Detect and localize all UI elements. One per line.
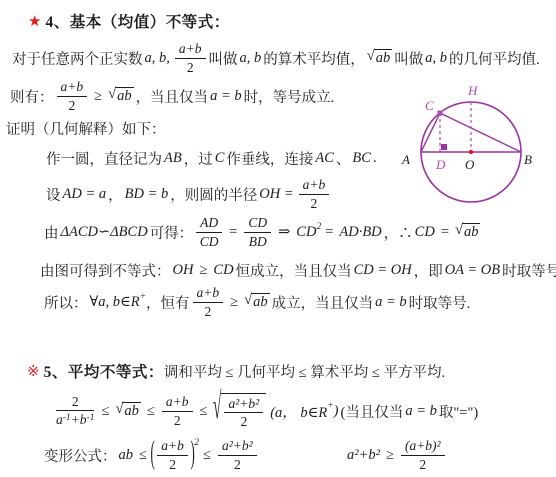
fraction: CDBD xyxy=(244,215,271,248)
sqrt-radical: √ab xyxy=(115,402,140,420)
label-D: D xyxy=(435,157,446,172)
denominator: 2 xyxy=(224,413,263,429)
radicand: a²+b²2 xyxy=(221,393,266,429)
transformed-formula-2: a²+b² ≥ (a+b)²2 xyxy=(345,434,448,476)
text-run: 取"=") xyxy=(439,401,478,422)
text-run: 时取等号. xyxy=(502,260,556,281)
text-run: ，则圆的半径 xyxy=(170,184,257,205)
star-icon: ★ xyxy=(28,12,41,31)
radical-sign-icon: √ xyxy=(213,390,222,427)
leq-operator: ≤ xyxy=(196,403,212,420)
text-run: 证明（几何解释）如下： xyxy=(6,118,166,139)
sqrt-radical: √ab xyxy=(244,293,269,311)
fraction: 2a-1+b-1 xyxy=(56,394,94,428)
text-run: 作垂线，连接 xyxy=(226,148,313,169)
fraction: (a+b)²2 xyxy=(401,438,445,471)
numerator: a+b xyxy=(57,79,88,96)
math-var: C xyxy=(213,150,227,167)
proof-heading: 证明（几何解释）如下： xyxy=(6,116,166,140)
math-var: AD·BD xyxy=(337,224,383,241)
geq-operator: ≥ xyxy=(382,447,398,464)
math-var: a, b xyxy=(423,50,449,67)
math-var: a = b xyxy=(403,403,439,420)
section4-title: ★ 4、基本（均值）不等式： xyxy=(28,8,230,34)
text-run: ，当且仅当 xyxy=(136,86,209,107)
implies-operator: ⇒ xyxy=(274,224,294,241)
label-A: A xyxy=(401,152,410,167)
numerator: a+b xyxy=(299,177,330,194)
text-run: 作一圆，直径记为 xyxy=(46,148,162,169)
math-var: AC xyxy=(313,150,336,167)
math-var: a, b, xyxy=(143,50,172,67)
math-notes-page: ★ 4、基本（均值）不等式： 对于任意两个正实数 a, b, a+b2 叫做 a… xyxy=(0,0,556,477)
fraction: a+b2 xyxy=(57,79,88,112)
numerator: CD xyxy=(244,215,271,232)
transformed-formula-1: 变形公式： ab ≤ ( a+b2 ) 2 ≤ a²+b²2 xyxy=(44,434,260,476)
proof-step-2: 设 AD = a ， BD = b ，则圆的半径 OH = a+b2 xyxy=(46,174,332,214)
text-run: ，∴ xyxy=(384,222,413,243)
denominator: 2 xyxy=(299,195,330,211)
text-run: 则有： xyxy=(10,86,54,107)
leq-operator: ≤ xyxy=(199,447,215,464)
main-inequality-line: 则有： a+b2 ≥ √ab ，当且仅当 a = b 时，等号成立. xyxy=(10,78,334,114)
label-H: H xyxy=(467,83,478,98)
section5-title-text: 5、平均不等式： xyxy=(44,360,164,382)
math-var: +b xyxy=(71,412,87,427)
superscript: 2 xyxy=(194,438,199,448)
label-O: O xyxy=(465,157,475,172)
math-var: CD xyxy=(211,262,235,279)
segment-AC xyxy=(421,113,440,152)
math-var: OA = OB xyxy=(443,262,502,279)
text-run: 可得： xyxy=(150,222,194,243)
text-run: 变形公式： xyxy=(44,445,117,466)
close-paren: ) xyxy=(334,403,341,420)
fraction: a+b2 xyxy=(162,394,193,427)
right-angle-marker xyxy=(441,144,447,150)
definition-line: 对于任意两个正实数 a, b, a+b2 叫做 a, b 的算术平均值， √ab… xyxy=(12,38,540,78)
text-run: 叫做 xyxy=(209,48,238,69)
math-var: AD = a xyxy=(61,186,109,203)
math-var: CD xyxy=(413,224,437,241)
proof-step-3: 由 ΔACD∽ΔBCD 可得： ADCD = CDBD ⇒ CD2 = AD·B… xyxy=(44,212,482,252)
fraction: a²+b²2 xyxy=(224,396,263,429)
mean-inequality-chain: 2a-1+b-1 ≤ √ab ≤ a+b2 ≤ √a²+b²2 (a， b∈R+… xyxy=(53,388,478,434)
denominator: 2 xyxy=(175,59,206,75)
equals-operator: = xyxy=(437,224,453,241)
numerator: a²+b² xyxy=(218,438,257,455)
text-run: ， xyxy=(108,184,123,205)
numerator: (a+b)² xyxy=(401,438,445,455)
mean-chain-text: 调和平均 ≤ 几何平均 ≤ 算术平均 ≤ 平方平均. xyxy=(164,361,445,382)
text-run: ，过 xyxy=(184,148,213,169)
denominator: 2 xyxy=(162,412,193,428)
proof-step-4: 由图可得到不等式： OH ≥ CD 恒成立，当且仅当 CD = OH ，即 OA… xyxy=(40,258,556,282)
numerator: AD xyxy=(196,215,222,232)
denominator: 2 xyxy=(193,303,224,319)
fraction: a+b2 xyxy=(175,41,206,74)
text-run: 由 xyxy=(44,222,59,243)
denominator: 2 xyxy=(218,456,257,472)
label-C: C xyxy=(425,98,434,113)
math-var: a, b xyxy=(238,50,264,67)
circle-diagram: A B C D O H xyxy=(398,76,556,216)
text-run: (当且仅当 xyxy=(341,401,404,422)
math-var: AB xyxy=(162,150,184,167)
text-run: ，即 xyxy=(414,260,443,281)
sqrt-radical: √ab xyxy=(108,87,133,105)
math-var: BD = b xyxy=(123,186,171,203)
denominator: 2 xyxy=(57,97,88,113)
radicand: ab xyxy=(115,87,134,105)
math-var: BC xyxy=(350,150,373,167)
fraction: ADCD xyxy=(196,215,222,248)
leq-operator: ≤ xyxy=(143,403,159,420)
numerator: 2 xyxy=(56,394,94,411)
proof-step-1: 作一圆，直径记为 AB ，过 C 作垂线，连接 AC 、 BC . xyxy=(46,146,377,170)
superscript: -1 xyxy=(87,413,95,423)
math-var: a xyxy=(56,412,63,427)
math-var: ab xyxy=(117,447,136,464)
denominator: 2 xyxy=(157,456,188,472)
denominator: CD xyxy=(196,233,222,249)
geq-operator: ≥ xyxy=(195,262,211,279)
denominator: BD xyxy=(244,233,271,249)
math-var: CD = OH xyxy=(352,262,414,279)
leq-operator: ≤ xyxy=(135,447,151,464)
text-run: ，恒有 xyxy=(146,292,190,313)
fraction: a+b2 xyxy=(157,438,188,471)
math-var: ∀a, b∈R xyxy=(88,294,140,311)
text-run: 恒成立，当且仅当 xyxy=(236,260,352,281)
reference-mark-icon: ※ xyxy=(27,362,40,381)
superscript: -1 xyxy=(63,413,71,423)
numerator: a+b xyxy=(162,394,193,411)
text-run: 的几何平均值. xyxy=(449,48,540,69)
denominator: a-1+b-1 xyxy=(56,411,94,428)
text-run: . xyxy=(373,150,377,167)
geq-operator: ≥ xyxy=(90,88,106,105)
math-var: OH = xyxy=(257,186,295,203)
text-run: 、 xyxy=(336,148,351,169)
geq-operator: ≥ xyxy=(226,294,242,311)
similar-triangles: ΔACD∽ΔBCD xyxy=(59,224,150,241)
fraction: a+b2 xyxy=(193,285,224,318)
radicand: ab xyxy=(374,49,393,67)
text-run: 时，等号成立. xyxy=(244,86,335,107)
numerator: a²+b² xyxy=(224,396,263,413)
math-var: OH xyxy=(171,262,196,279)
superscript: 2 xyxy=(316,222,321,232)
math-var: a²+b² xyxy=(345,447,382,464)
text-run: 对于任意两个正实数 xyxy=(12,48,143,69)
sqrt-radical-big: √a²+b²2 xyxy=(213,393,266,429)
sqrt-radical: √ab xyxy=(367,49,392,67)
point-C-marker xyxy=(438,111,443,116)
center-point-O xyxy=(469,150,473,154)
open-paren-big: ( xyxy=(151,439,155,472)
superscript: + xyxy=(327,401,333,411)
text-run: 叫做 xyxy=(394,48,423,69)
sqrt-radical: √ab xyxy=(455,223,480,241)
numerator: a+b xyxy=(157,438,188,455)
text-run: 由图可得到不等式： xyxy=(40,260,171,281)
section4-title-text: 4、基本（均值）不等式： xyxy=(45,10,229,32)
denominator: 2 xyxy=(401,456,445,472)
fraction: a²+b²2 xyxy=(218,438,257,471)
radicand: ab xyxy=(462,223,481,241)
text-run: 设 xyxy=(46,184,61,205)
text-run: 成立，当且仅当 xyxy=(272,292,374,313)
section5-title: ※ 5、平均不等式： 调和平均 ≤ 几何平均 ≤ 算术平均 ≤ 平方平均. xyxy=(27,358,445,384)
radicand: ab xyxy=(251,293,270,311)
numerator: a+b xyxy=(175,41,206,58)
equals-operator: = xyxy=(225,224,241,241)
label-B: B xyxy=(524,152,532,167)
superscript: + xyxy=(140,292,146,302)
math-var: a = b xyxy=(373,294,409,311)
text-run: 时取等号. xyxy=(409,292,471,313)
equals-operator: = xyxy=(321,224,337,241)
numerator: a+b xyxy=(193,285,224,302)
fraction: a+b2 xyxy=(299,177,330,210)
math-var: a = b xyxy=(208,88,244,105)
text-run: 的算术平均值， xyxy=(263,48,365,69)
radicand: ab xyxy=(122,402,141,420)
math-var: CD xyxy=(294,224,316,241)
leq-operator: ≤ xyxy=(97,403,113,420)
domain-condition: (a， b∈R xyxy=(268,401,327,422)
conclusion-line: 所以： ∀a, b∈R+ ，恒有 a+b2 ≥ √ab 成立，当且仅当 a = … xyxy=(44,282,470,322)
text-run: 所以： xyxy=(44,292,88,313)
